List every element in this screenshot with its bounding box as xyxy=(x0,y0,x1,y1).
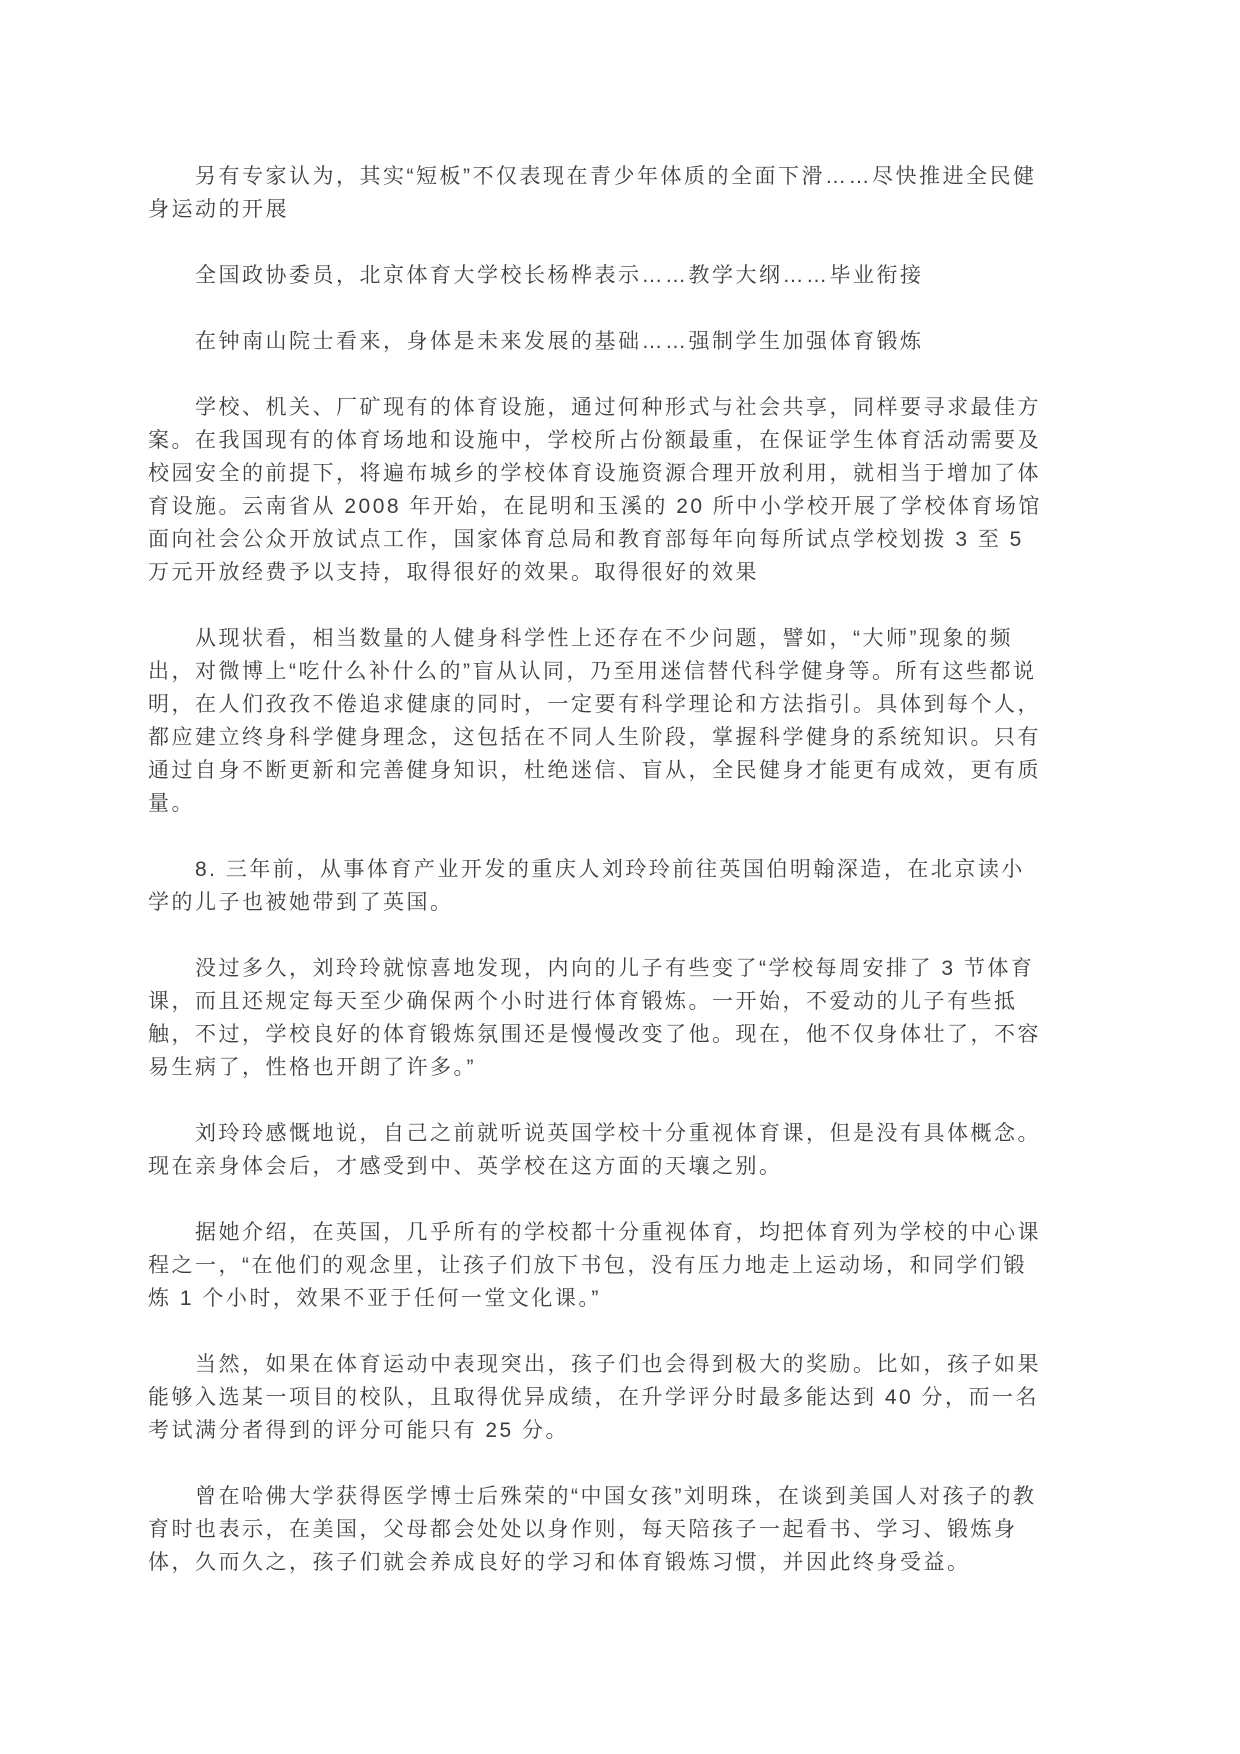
paragraph-4: 学校、机关、厂矿现有的体育设施，通过何种形式与社会共享，同样要寻求最佳方案。在我… xyxy=(148,391,1048,589)
paragraph-2: 全国政协委员，北京体育大学校长杨桦表示……教学大纲……毕业衔接 xyxy=(148,259,1048,292)
paragraph-11: 曾在哈佛大学获得医学博士后殊荣的“中国女孩”刘明珠，在谈到美国人对孩子的教育时也… xyxy=(148,1480,1048,1579)
paragraph-10: 当然，如果在体育运动中表现突出，孩子们也会得到极大的奖励。比如，孩子如果能够入选… xyxy=(148,1348,1048,1447)
paragraph-3: 在钟南山院士看来，身体是未来发展的基础……强制学生加强体育锻炼 xyxy=(148,325,1048,358)
paragraph-7: 没过多久，刘玲玲就惊喜地发现，内向的儿子有些变了“学校每周安排了 3 节体育课，… xyxy=(148,952,1048,1084)
paragraph-1: 另有专家认为，其实“短板”不仅表现在青少年体质的全面下滑……尽快推进全民健身运动… xyxy=(148,160,1048,226)
document-page: 另有专家认为，其实“短板”不仅表现在青少年体质的全面下滑……尽快推进全民健身运动… xyxy=(0,0,1240,1754)
paragraph-9: 据她介绍，在英国，几乎所有的学校都十分重视体育，均把体育列为学校的中心课程之一，… xyxy=(148,1216,1048,1315)
paragraph-5: 从现状看，相当数量的人健身科学性上还存在不少问题，譬如，“大师”现象的频出，对微… xyxy=(148,622,1048,820)
document-body: 另有专家认为，其实“短板”不仅表现在青少年体质的全面下滑……尽快推进全民健身运动… xyxy=(148,160,1048,1612)
paragraph-6: 8. 三年前，从事体育产业开发的重庆人刘玲玲前往英国伯明翰深造，在北京读小学的儿… xyxy=(148,853,1048,919)
paragraph-8: 刘玲玲感慨地说，自己之前就听说英国学校十分重视体育课，但是没有具体概念。现在亲身… xyxy=(148,1117,1048,1183)
